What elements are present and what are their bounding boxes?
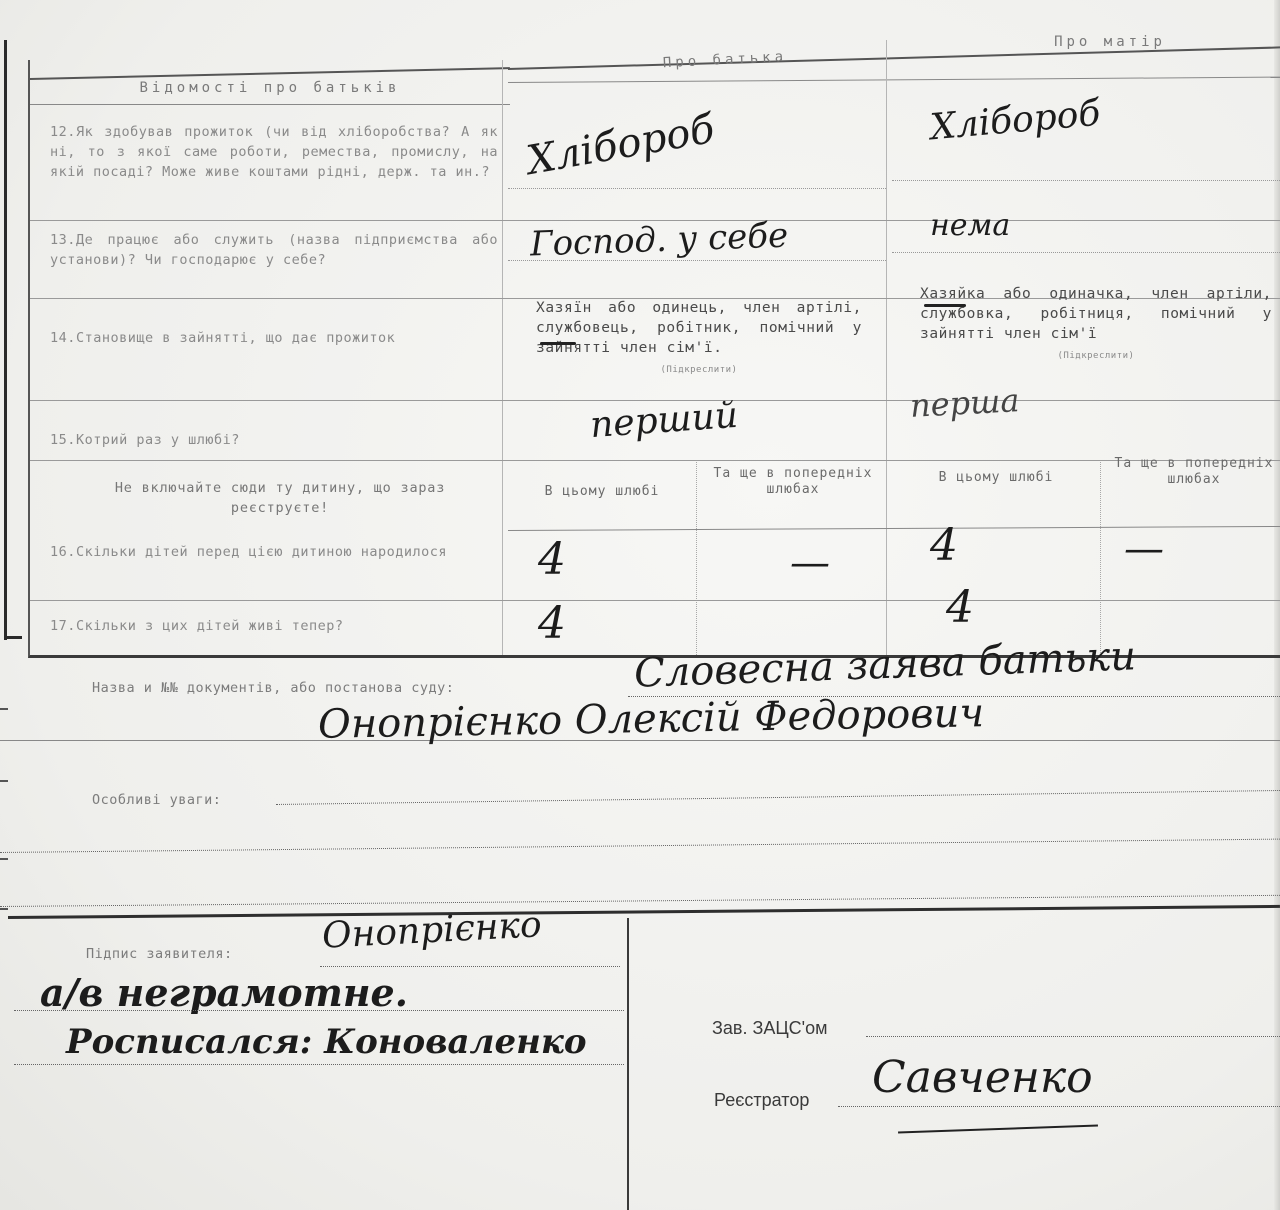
mother-occupation-value: Хлібороб xyxy=(929,93,1102,149)
page-margin-bracket xyxy=(4,40,7,640)
question-12: 12.Як здобував прожиток (чи від хлібороб… xyxy=(50,122,498,182)
answer-line xyxy=(892,252,1280,253)
mother-children-born-previous: — xyxy=(1124,526,1164,572)
father-children-born-this-marriage: 4 xyxy=(538,534,566,585)
margin-tick xyxy=(0,708,8,710)
father-children-living-this-marriage: 4 xyxy=(538,598,566,649)
children-header-divider xyxy=(508,526,1280,531)
column-divider-questions xyxy=(502,60,503,655)
margin-tick xyxy=(0,908,8,910)
column-divider-father-mother xyxy=(886,40,887,655)
header-divider-right xyxy=(508,77,1280,83)
children-warning: Не включайте сюди ту дитину, що зараз ре… xyxy=(90,478,470,518)
answer-line xyxy=(892,180,1280,181)
documents-label: Назва и №№ документів, або постанова суд… xyxy=(92,680,454,696)
header-info-about-parents: Відомості про батьків xyxy=(70,80,470,96)
mother-children-living-this-marriage: 4 xyxy=(946,582,974,633)
margin-tick xyxy=(0,780,8,782)
applicant-signature-line-3: Росписался: Коноваленко xyxy=(66,1022,587,1062)
applicant-signature-rule-3 xyxy=(14,1064,624,1065)
mother-col-previous-marriages: Та ще в попередніх шлюбах xyxy=(1106,456,1280,488)
question-15: 15.Котрий раз у шлюбі? xyxy=(50,430,498,450)
father-col-previous-marriages: Та ще в попередніх шлюбах xyxy=(700,466,886,498)
mother-marriage-count-value: перша xyxy=(909,381,1020,425)
row-divider-15 xyxy=(30,460,1280,461)
mother-col-this-marriage: В цьому шлюбі xyxy=(892,470,1100,486)
father-underline-mark-artil xyxy=(540,342,576,345)
answer-line xyxy=(508,188,886,189)
header-divider-left xyxy=(30,104,510,105)
father-occupation-value: Хлібороб xyxy=(523,106,717,184)
row-divider-16 xyxy=(30,600,1280,601)
father-marriage-count-value: перший xyxy=(589,395,740,446)
column-divider-father-sub xyxy=(696,460,697,655)
question-17: 17.Скільки з цих дітей живі тепер? xyxy=(50,616,498,636)
header-about-mother: Про матір xyxy=(960,34,1260,50)
applicant-signature-rule-2 xyxy=(14,1010,624,1011)
page-margin-bracket-foot xyxy=(4,636,22,639)
registrar-signature: Савченко xyxy=(872,1052,1093,1103)
mother-underline-mark-khaziaika xyxy=(924,304,966,307)
mother-workplace-value: нема xyxy=(930,208,1010,243)
question-14: 14.Становище в зайнятті, що дає прожиток xyxy=(50,328,470,348)
answer-line xyxy=(508,260,886,261)
father-employment-status-options: Хазяїн або одинець, член артілі, службов… xyxy=(536,298,862,380)
father-col-this-marriage: В цьому шлюбі xyxy=(508,484,696,500)
head-of-registry-label: Зав. ЗАЦС'ом xyxy=(712,1018,827,1039)
registrar-label: Реєстратор xyxy=(714,1090,809,1111)
signature-area-divider xyxy=(627,918,629,1210)
question-13: 13.Де працює або служить (назва підприєм… xyxy=(50,230,498,270)
applicant-signature-rule-1 xyxy=(320,966,620,967)
parents-info-table: Відомості про батьків Про батька Про мат… xyxy=(28,60,1280,658)
registrar-signature-line xyxy=(838,1106,1280,1107)
mother-employment-status-options: Хазяйка або одиначка, член артіли, служб… xyxy=(920,284,1272,366)
question-16: 16.Скільки дітей перед цією дитиною наро… xyxy=(50,542,490,562)
father-children-born-previous: — xyxy=(790,540,830,586)
head-of-registry-signature-line[interactable] xyxy=(866,1036,1280,1037)
applicant-signature-label: Підпис заявителя: xyxy=(86,946,233,962)
special-notes-label: Особливі уваги: xyxy=(92,792,221,808)
column-divider-mother-sub xyxy=(1100,460,1101,655)
mother-children-born-this-marriage: 4 xyxy=(930,520,958,571)
applicant-signature-line-2: а/в неграмотне. xyxy=(40,970,408,1015)
father-workplace-value: Господ. у себе xyxy=(529,216,788,265)
margin-tick xyxy=(0,858,8,860)
table-top-border-left xyxy=(30,67,510,80)
